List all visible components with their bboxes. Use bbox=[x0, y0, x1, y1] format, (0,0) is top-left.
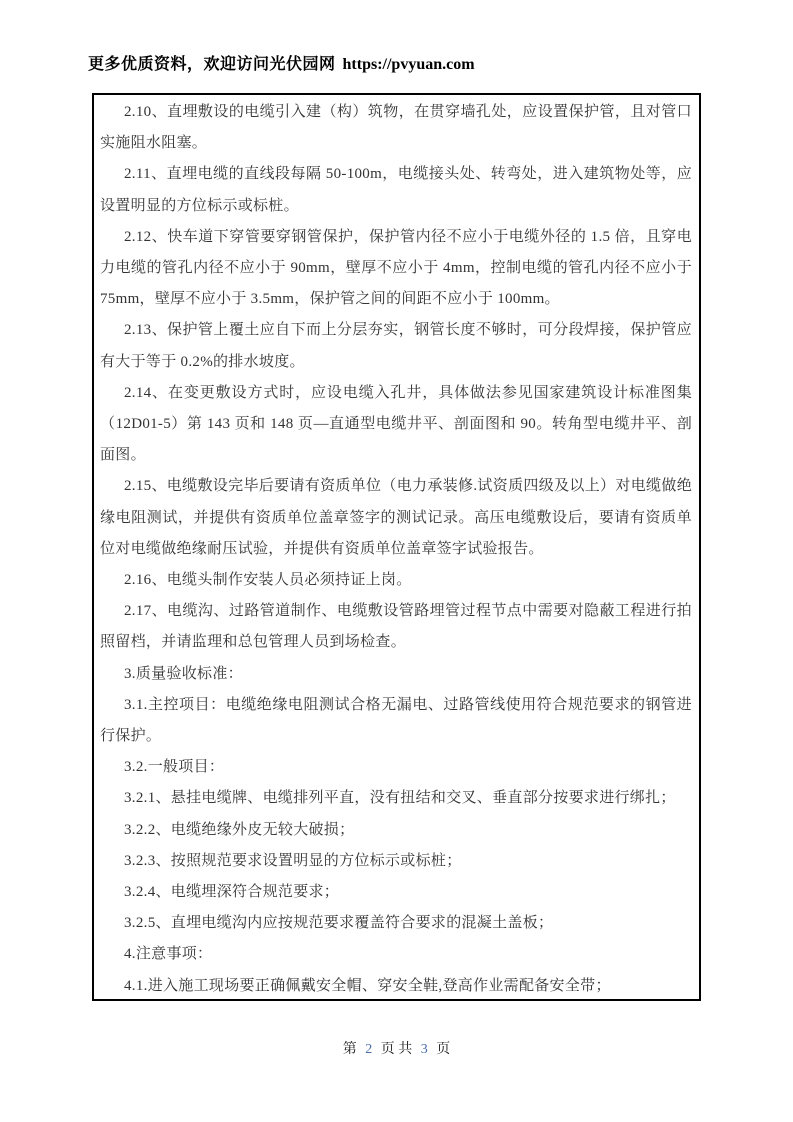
paragraph-2-10: 2.10、直埋敷设的电缆引入建（构）筑物，在贯穿墙孔处，应设置保护管，且对管口实… bbox=[100, 97, 692, 159]
heading-3-quality-acceptance: 3.质量验收标准： bbox=[100, 659, 692, 690]
paragraph-3-1: 3.1.主控项目：电缆绝缘电阻测试合格无漏电、过路管线使用符合规范要求的钢管进行… bbox=[100, 690, 692, 752]
footer-current-page-number: 2 bbox=[365, 1042, 372, 1057]
heading-3-2-general-items: 3.2.一般项目： bbox=[100, 752, 692, 783]
paragraph-2-17: 2.17、电缆沟、过路管道制作、电缆敷设管路埋管过程节点中需要对隐蔽工程进行拍照… bbox=[100, 596, 692, 658]
footer-total-pages-number: 3 bbox=[421, 1042, 428, 1057]
header-banner: 更多优质资料，欢迎访问光伏园网 https://pvyuan.com bbox=[88, 51, 475, 74]
paragraph-3-2-2: 3.2.2、电缆绝缘外皮无较大破损； bbox=[100, 815, 692, 846]
heading-4-precautions: 4.注意事项： bbox=[100, 939, 692, 970]
footer-label-suffix: 页 bbox=[436, 1042, 450, 1057]
paragraph-2-13: 2.13、保护管上覆土应自下而上分层夯实，钢管长度不够时，可分段焊接，保护管应有… bbox=[100, 315, 692, 377]
paragraph-3-2-3: 3.2.3、按照规范要求设置明显的方位标示或标桩； bbox=[100, 846, 692, 877]
paragraph-2-12: 2.12、快车道下穿管要穿钢管保护，保护管内径不应小于电缆外径的 1.5 倍，且… bbox=[100, 222, 692, 316]
document-page: 更多优质资料，欢迎访问光伏园网 https://pvyuan.com 2.10、… bbox=[0, 0, 793, 1122]
paragraph-2-14: 2.14、在变更敷设方式时，应设电缆入孔井，具体做法参见国家建筑设计标准图集（1… bbox=[100, 378, 692, 472]
paragraph-3-2-1: 3.2.1、悬挂电缆牌、电缆排列平直，没有扭结和交叉、垂直部分按要求进行绑扎； bbox=[100, 783, 692, 814]
header-promo-text: 更多优质资料，欢迎访问光伏园网 bbox=[88, 56, 336, 73]
paragraph-2-15: 2.15、电缆敷设完毕后要请有资质单位（电力承装修.试资质四级及以上）对电缆做绝… bbox=[100, 471, 692, 565]
header-url-text: https://pvyuan.com bbox=[343, 56, 475, 73]
footer-label-middle: 页 共 bbox=[381, 1042, 413, 1057]
paragraph-4-1: 4.1.进入施工现场要正确佩戴安全帽、穿安全鞋,登高作业需配备安全带； bbox=[100, 971, 692, 1001]
paragraph-2-11: 2.11、直埋电缆的直线段每隔 50-100m，电缆接头处、转弯处，进入建筑物处… bbox=[100, 159, 692, 221]
footer-label-prefix: 第 bbox=[343, 1042, 357, 1057]
paragraph-2-16: 2.16、电缆头制作安装人员必须持证上岗。 bbox=[100, 565, 692, 596]
page-number-footer: 第 2 页 共 3 页 bbox=[0, 1038, 793, 1058]
paragraph-3-2-4: 3.2.4、电缆埋深符合规范要求； bbox=[100, 877, 692, 908]
paragraph-3-2-5: 3.2.5、直埋电缆沟内应按规范要求覆盖符合要求的混凝土盖板； bbox=[100, 908, 692, 939]
document-content-border-box: 2.10、直埋敷设的电缆引入建（构）筑物，在贯穿墙孔处，应设置保护管，且对管口实… bbox=[92, 93, 701, 1001]
